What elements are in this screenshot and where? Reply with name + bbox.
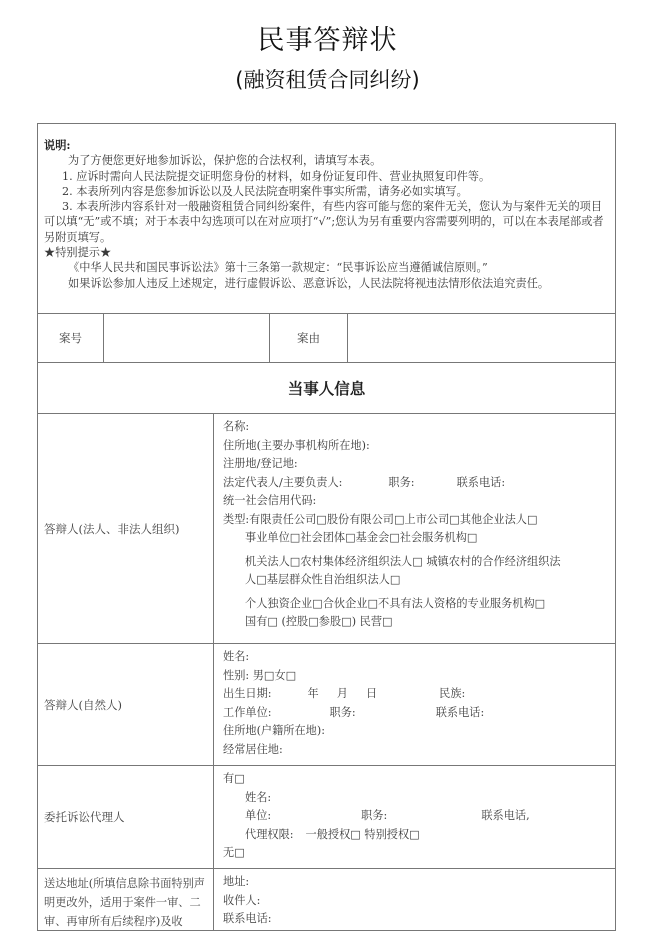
person-work-line: 工作单位:职务:联系电话: [223,704,609,723]
corp-position-field[interactable]: 职务: [388,476,414,489]
person-birth-label: 出生日期: [223,687,272,700]
agent-unit-line: 单位:职务:联系电话, [223,807,609,826]
instruction-item: 2. 本表所列内容是您参加诉讼以及人民法院查明案件事实所需，请务必如实填写。 [44,184,609,199]
birth-year-field[interactable]: 年 [308,687,319,700]
person-gender-options[interactable]: 性别: 男□女□ [223,667,609,686]
case-cause-field[interactable] [348,314,615,362]
person-ethnicity-field[interactable]: 民族: [439,687,465,700]
special-notice-heading: ★特别提示★ [44,245,609,260]
document-title: 民事答辩状 [0,18,655,57]
corp-type-options[interactable]: 机关法人□农村集体经济组织法人□ 城镇农村的合作经济组织法 [223,553,609,572]
instructions-heading: 说明: [44,138,609,153]
corp-credit-code-field[interactable]: 统一社会信用代码: [223,492,609,511]
corp-type-label: 类型: [223,513,249,526]
respondent-person-label: 答辩人(自然人) [38,644,214,765]
case-info-row: 案号 案由 [38,314,615,363]
agent-label: 委托诉讼代理人 [38,766,214,868]
corp-type-line: 类型:有限责任公司□股份有限公司□上市公司□其他企业法人□ [223,511,609,530]
document-subtitle: (融资租赁合同纠纷) [0,64,655,94]
person-domicile-field[interactable]: 住所地(户籍所在地): [223,722,609,741]
respondent-corp-row: 答辩人(法人、非法人组织) 名称: 住所地(主要办事机构所在地): 注册地/登记… [38,414,615,644]
corp-ownership-options[interactable]: 国有□ (控股□参股□) 民营□ [223,613,609,632]
agent-position-field[interactable]: 职务: [361,809,387,822]
case-cause-label: 案由 [270,314,348,362]
corp-phone-field[interactable]: 联系电话: [457,476,506,489]
service-address-fields[interactable]: 地址: 收件人: 联系电话: [214,869,615,930]
instruction-item: 1. 应诉时需向人民法院提交证明您身份的材料，如身份证复印件、营业执照复印件等。 [44,169,609,184]
instruction-item: 3. 本表所涉内容系针对一般融资租赁合同纠纷案件，有些内容可能与您的案件无关，您… [44,199,609,245]
agent-unit-field[interactable]: 单位: [245,809,271,822]
respondent-person-fields[interactable]: 姓名: 性别: 男□女□ 出生日期:年月日民族: 工作单位:职务:联系电话: 住… [214,644,615,765]
person-birth-line: 出生日期:年月日民族: [223,685,609,704]
respondent-corp-label: 答辩人(法人、非法人组织) [38,414,214,643]
special-notice-law: 《中华人民共和国民事诉讼法》第十三条第一款规定：“民事诉讼应当遵循诚信原则。” [44,260,609,275]
instructions-section: 说明: 为了方便您更好地参加诉讼，保护您的合法权利，请填写本表。 1. 应诉时需… [38,124,615,314]
party-info-heading: 当事人信息 [38,363,615,414]
service-address-field[interactable]: 地址: [223,873,609,892]
person-position-field[interactable]: 职务: [330,706,356,719]
birth-day-field[interactable]: 日 [366,687,377,700]
corp-registered-field[interactable]: 注册地/登记地: [223,455,609,474]
service-address-row: 送达地址(所填信息除书面特别声明更改外，适用于案件一审、二审、再审所有后续程序)… [38,869,615,930]
service-recipient-field[interactable]: 收件人: [223,892,609,911]
corp-legal-rep-field[interactable]: 法定代表人/主要负责人: [223,476,342,489]
respondent-corp-fields[interactable]: 名称: 住所地(主要办事机构所在地): 注册地/登记地: 法定代表人/主要负责人… [214,414,615,643]
corp-domicile-field[interactable]: 住所地(主要办事机构所在地): [223,437,609,456]
agent-row: 委托诉讼代理人 有□ 姓名: 单位:职务:联系电话, 代理权限:一般授权□ 特别… [38,766,615,869]
person-employer-field[interactable]: 工作单位: [223,706,272,719]
agent-authority-line: 代理权限:一般授权□ 特别授权□ [223,826,609,845]
agent-authority-label: 代理权限: [245,828,294,841]
service-address-label: 送达地址(所填信息除书面特别声明更改外，适用于案件一审、二审、再审所有后续程序)… [38,869,214,930]
agent-none-checkbox[interactable]: 无□ [223,844,609,863]
corp-type-options[interactable]: 人□基层群众性自治组织法人□ [223,571,609,590]
case-number-label: 案号 [38,314,104,362]
respondent-person-row: 答辩人(自然人) 姓名: 性别: 男□女□ 出生日期:年月日民族: 工作单位:职… [38,644,615,766]
agent-name-field[interactable]: 姓名: [223,789,609,808]
person-residence-field[interactable]: 经常居住地: [223,741,609,760]
corp-legal-rep-line: 法定代表人/主要负责人:职务:联系电话: [223,474,609,493]
case-number-field[interactable] [104,314,270,362]
answer-form: 说明: 为了方便您更好地参加诉讼，保护您的合法权利，请填写本表。 1. 应诉时需… [37,123,616,931]
corp-type-options[interactable]: 个人独资企业□合伙企业□不具有法人资格的专业服务机构□ [223,595,609,614]
birth-month-field[interactable]: 月 [337,687,348,700]
corp-type-options[interactable]: 事业单位□社会团体□基金会□社会服务机构□ [223,529,609,548]
corp-name-field[interactable]: 名称: [223,418,609,437]
person-phone-field[interactable]: 联系电话: [436,706,485,719]
person-name-field[interactable]: 姓名: [223,648,609,667]
special-notice-warning: 如果诉讼参加人违反上述规定，进行虚假诉讼、恶意诉讼，人民法院将视违法情形依法追究… [44,276,609,291]
agent-has-checkbox[interactable]: 有□ [223,770,609,789]
corp-type-options[interactable]: 有限责任公司□股份有限公司□上市公司□其他企业法人□ [249,513,537,526]
agent-fields[interactable]: 有□ 姓名: 单位:职务:联系电话, 代理权限:一般授权□ 特别授权□ 无□ [214,766,615,868]
agent-authority-options[interactable]: 一般授权□ 特别授权□ [306,828,420,841]
instructions-intro: 为了方便您更好地参加诉讼，保护您的合法权利，请填写本表。 [44,153,609,168]
service-phone-field[interactable]: 联系电话: [223,910,609,929]
agent-phone-field[interactable]: 联系电话, [481,809,529,822]
